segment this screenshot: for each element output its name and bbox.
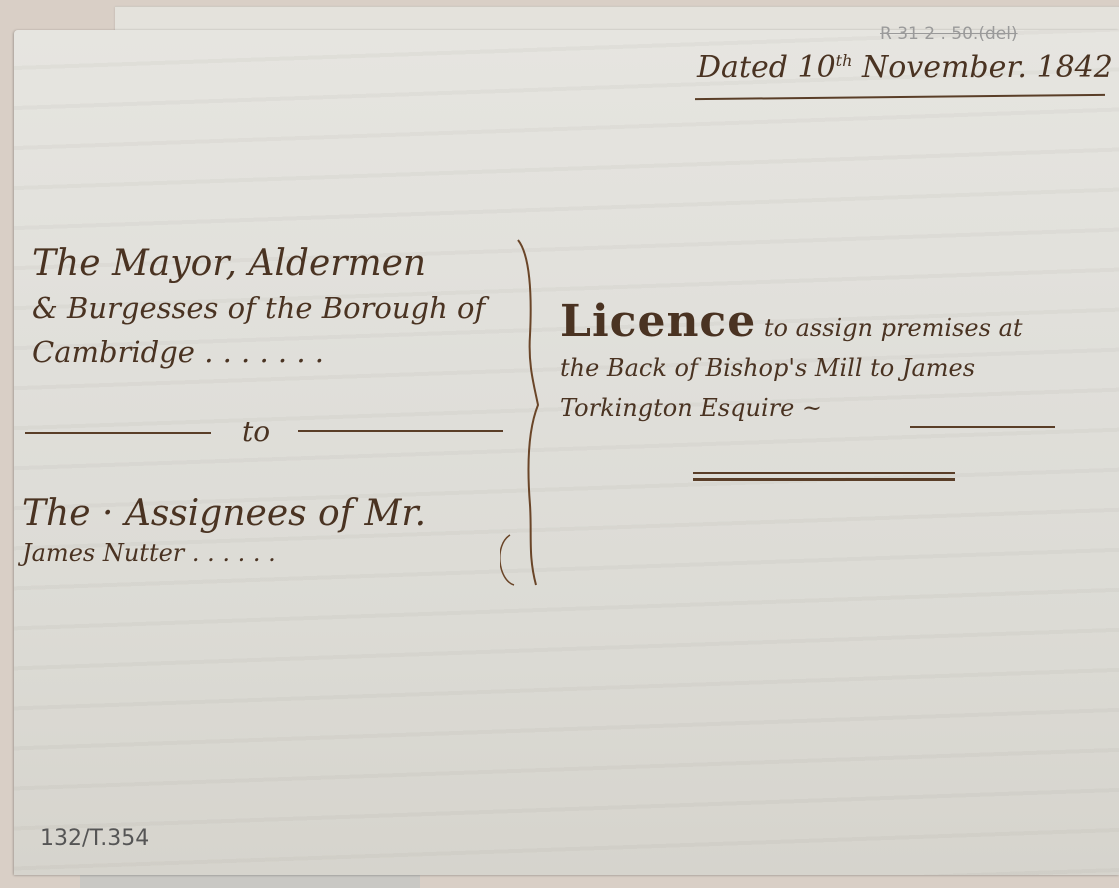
date-line: Dated 10th November. 1842 bbox=[697, 50, 1113, 85]
double-rule-top bbox=[693, 472, 955, 474]
second-party-line-2: James Nutter . . . . . . bbox=[22, 538, 426, 568]
licence-heading: Licence bbox=[560, 296, 756, 347]
connector-rule-right bbox=[298, 430, 503, 432]
brace-icon bbox=[500, 235, 550, 595]
date-ordinal: th bbox=[836, 51, 853, 70]
licence-line-2: the Back of Bishop's Mill to James bbox=[560, 348, 1023, 388]
second-party: The · Assignees of Mr. James Nutter . . … bbox=[22, 490, 426, 568]
licence-line-1-text: to assign premises at bbox=[756, 314, 1022, 342]
date-prefix: Dated 10 bbox=[697, 50, 836, 85]
first-party-line-2: & Burgesses of the Borough of bbox=[32, 286, 485, 330]
call-number: 132/T.354 bbox=[40, 826, 149, 851]
licence-line-3: Torkington Esquire ~ bbox=[560, 388, 1023, 428]
connector-rule-left bbox=[25, 432, 211, 434]
archive-reference: R 31 2 . 50.(del) bbox=[880, 24, 1018, 44]
connector-word: to bbox=[242, 415, 270, 448]
date-suffix: November. 1842 bbox=[852, 50, 1112, 85]
first-party: The Mayor, Aldermen & Burgesses of the B… bbox=[32, 242, 485, 374]
second-party-line-1: The · Assignees of Mr. bbox=[22, 490, 426, 538]
first-party-line-1: The Mayor, Aldermen bbox=[32, 242, 485, 286]
licence-end-rule bbox=[910, 426, 1055, 428]
first-party-line-3: Cambridge . . . . . . . bbox=[32, 330, 485, 374]
licence-line-1: Licence to assign premises at bbox=[560, 302, 1023, 348]
double-rule-bottom bbox=[693, 478, 955, 481]
licence-title: Licence to assign premises at the Back o… bbox=[560, 302, 1023, 428]
document-sheet bbox=[14, 30, 1119, 875]
